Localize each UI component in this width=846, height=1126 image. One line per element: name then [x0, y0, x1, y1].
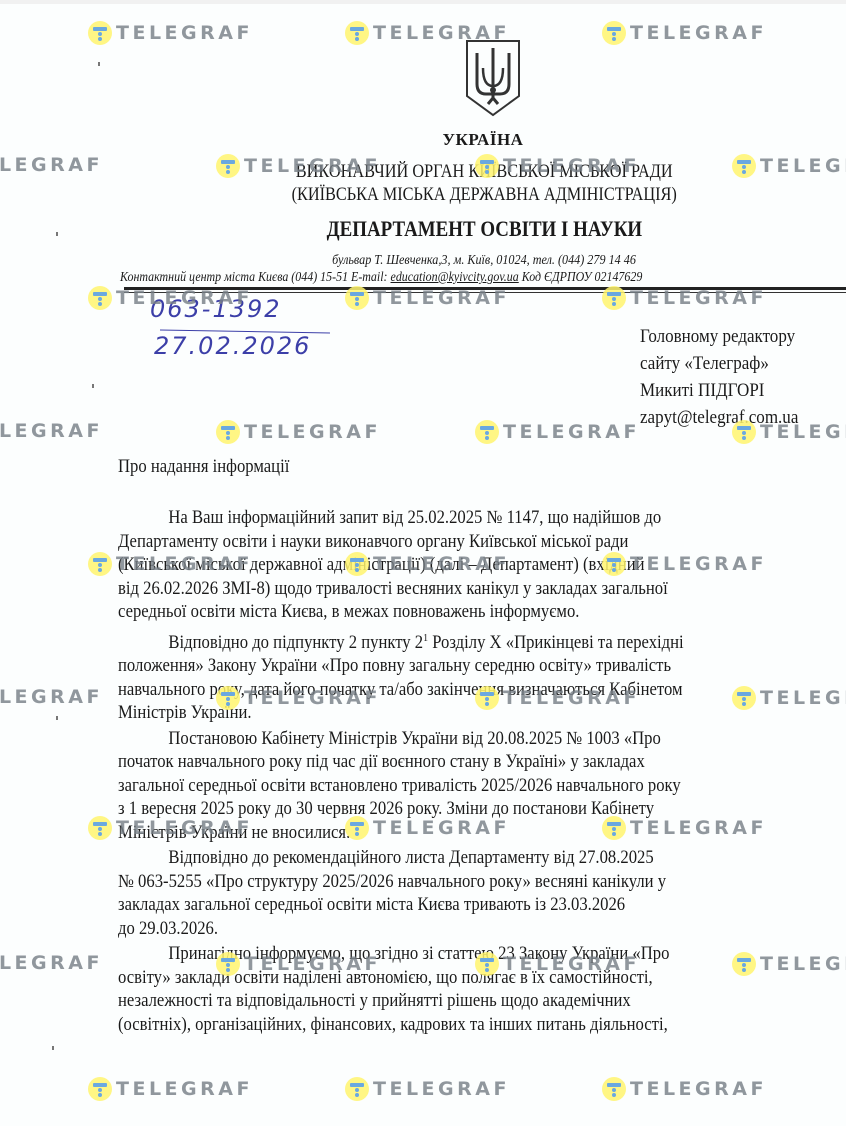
telegraf-watermark: TELEGRAF	[602, 21, 767, 45]
body-line: Відповідно до рекомендаційного листа Деп…	[118, 847, 820, 871]
paragraph-cabinet-resolution: Постановою Кабінету Міністрів України ві…	[118, 728, 846, 846]
addressee-block: Головному редактору сайту «Телеграф» Мик…	[640, 324, 798, 432]
watermark-text: TELEGRAF	[373, 287, 510, 309]
telegraf-watermark: TELEGRAF	[0, 686, 103, 708]
telegraf-watermark: TELEGRAF	[345, 1077, 510, 1101]
contact-prefix: Контактний центр міста Києва (044) 15-51…	[120, 269, 391, 284]
coat-of-arms-icon	[464, 38, 522, 118]
watermark-text: TELEGRAF	[0, 952, 103, 974]
letter-body: На Ваш інформаційний запит від 25.02.202…	[118, 507, 846, 1039]
telegraf-watermark: TELEGRAF	[0, 420, 103, 442]
body-line: (освітніх), організаційних, фінансових, …	[118, 1014, 820, 1038]
watermark-text: TELEGRAF	[630, 22, 767, 44]
handwritten-date: 27.02.2026	[154, 332, 311, 360]
handwritten-reference-number: 063-1392	[150, 295, 282, 323]
body-line: початок навчального року під час дії воє…	[118, 751, 820, 775]
letterhead-contact: Контактний центр міста Києва (044) 15-51…	[120, 269, 763, 285]
department-email-link[interactable]: education@kyivcity.gov.ua	[391, 269, 519, 284]
body-line: Відповідно до підпункту 2 пункту 21 Розд…	[118, 627, 820, 656]
telegraf-logo-icon	[345, 21, 369, 45]
watermark-text: TELEGRAF	[116, 22, 253, 44]
paragraph-autonomy: Принагідно інформуємо, що згідно зі стат…	[118, 943, 846, 1037]
telegraf-logo-icon	[88, 21, 112, 45]
body-line: Департаменту освіти і науки виконавчого …	[118, 531, 820, 555]
watermark-text: TELEGRAF	[0, 686, 103, 708]
letterhead-address: бульвар Т. Шевченка,3, м. Київ, 01024, т…	[103, 252, 846, 268]
body-line: Постановою Кабінету Міністрів України ві…	[118, 728, 820, 752]
watermark-text: TELEGRAF	[0, 154, 103, 176]
addressee-line: Микиті ПІДГОРІ	[640, 378, 798, 405]
watermark-text: TELEGRAF	[630, 287, 767, 309]
body-line: незалежності та відповідальності у прийн…	[118, 990, 820, 1014]
body-line: Міністрів України не вносилися.	[118, 822, 820, 846]
body-line: закладах загальної середньої освіти міст…	[118, 894, 820, 918]
body-line: Міністрів України.	[118, 702, 820, 726]
telegraf-logo-icon	[88, 552, 112, 576]
body-line: освіту» заклади освіти наділені автономі…	[118, 967, 820, 991]
letterhead-rule-thick	[124, 287, 846, 290]
telegraf-watermark: TELEGRAF	[475, 420, 640, 444]
body-line: середньої освіти міста Києва, в межах по…	[118, 601, 820, 625]
telegraf-logo-icon	[345, 1077, 369, 1101]
watermark-text: TELEGRAF	[116, 1078, 253, 1100]
department-heading: ДЕПАРТАМЕНТ ОСВІТИ І НАУКИ	[121, 216, 846, 242]
organization-line-1: ВИКОНАВЧИЙ ОРГАН КИЇВСЬКОЇ МІСЬКОЇ РАДИ	[112, 162, 846, 183]
addressee-email: zapyt@telegraf.com.ua	[640, 405, 798, 432]
body-line: Принагідно інформуємо, що згідно зі стат…	[118, 943, 820, 967]
telegraf-watermark: TELEGRAF	[88, 21, 253, 45]
body-line: з 1 вересня 2025 року до 30 червня 2026 …	[118, 798, 820, 822]
telegraf-logo-icon	[602, 1077, 626, 1101]
watermark-text: TELEGRAF	[503, 421, 640, 443]
body-text: Розділу X «Прикінцеві та перехідні	[428, 633, 684, 653]
body-line: від 26.02.2026 ЗМІ-8) щодо тривалості ве…	[118, 578, 820, 602]
body-line: до 29.03.2026.	[118, 918, 820, 942]
body-line: На Ваш інформаційний запит від 25.02.202…	[118, 507, 820, 531]
telegraf-watermark: TELEGRAF	[0, 952, 103, 974]
telegraf-watermark: TELEGRAF	[602, 1077, 767, 1101]
scan-speck	[92, 384, 94, 388]
body-text: Відповідно до підпункту 2 пункту 2	[168, 633, 423, 653]
body-line: № 063-5255 «Про структуру 2025/2026 навч…	[118, 871, 820, 895]
paragraph-request: На Ваш інформаційний запит від 25.02.202…	[118, 507, 846, 625]
watermark-text: TELEGRAF	[0, 420, 103, 442]
scan-speck	[98, 62, 100, 66]
contact-suffix: Код ЄДРПОУ 02147629	[519, 269, 643, 284]
telegraf-logo-icon	[88, 816, 112, 840]
telegraf-logo-icon	[88, 286, 112, 310]
scan-speck	[56, 232, 58, 236]
organization-line-2: (КИЇВСЬКА МІСЬКА ДЕРЖАВНА АДМІНІСТРАЦІЯ)	[112, 185, 846, 206]
telegraf-watermark: TELEGRAF	[0, 154, 103, 176]
watermark-text: TELEGRAF	[373, 1078, 510, 1100]
letterhead-rule-thin	[124, 292, 846, 293]
telegraf-logo-icon	[88, 1077, 112, 1101]
letter-subject: Про надання інформації	[118, 457, 289, 478]
addressee-line: Головному редактору	[640, 324, 798, 351]
body-line: положення» Закону України «Про повну заг…	[118, 655, 820, 679]
body-line: загальної середньої освіти встановлено т…	[118, 775, 820, 799]
paragraph-spring-break: Відповідно до рекомендаційного листа Деп…	[118, 847, 846, 941]
body-line: навчального року, дата його початку та/а…	[118, 679, 820, 703]
watermark-text: TELEGRAF	[630, 1078, 767, 1100]
addressee-line: сайту «Телеграф»	[640, 351, 798, 378]
watermark-text: TELEGRAF	[244, 421, 381, 443]
document-page: УКРАЇНА ВИКОНАВЧИЙ ОРГАН КИЇВСЬКОЇ МІСЬК…	[0, 4, 846, 1126]
body-line: (Київської міської державної адміністрац…	[118, 554, 820, 578]
paragraph-law-reference: Відповідно до підпункту 2 пункту 21 Розд…	[118, 627, 846, 726]
scan-speck	[52, 1046, 54, 1050]
telegraf-logo-icon	[602, 21, 626, 45]
telegraf-logo-icon	[475, 420, 499, 444]
telegraf-watermark: TELEGRAF	[88, 1077, 253, 1101]
telegraf-logo-icon	[216, 420, 240, 444]
scan-speck	[56, 716, 58, 720]
country-heading: УКРАЇНА	[60, 130, 846, 150]
telegraf-watermark: TELEGRAF	[216, 420, 381, 444]
